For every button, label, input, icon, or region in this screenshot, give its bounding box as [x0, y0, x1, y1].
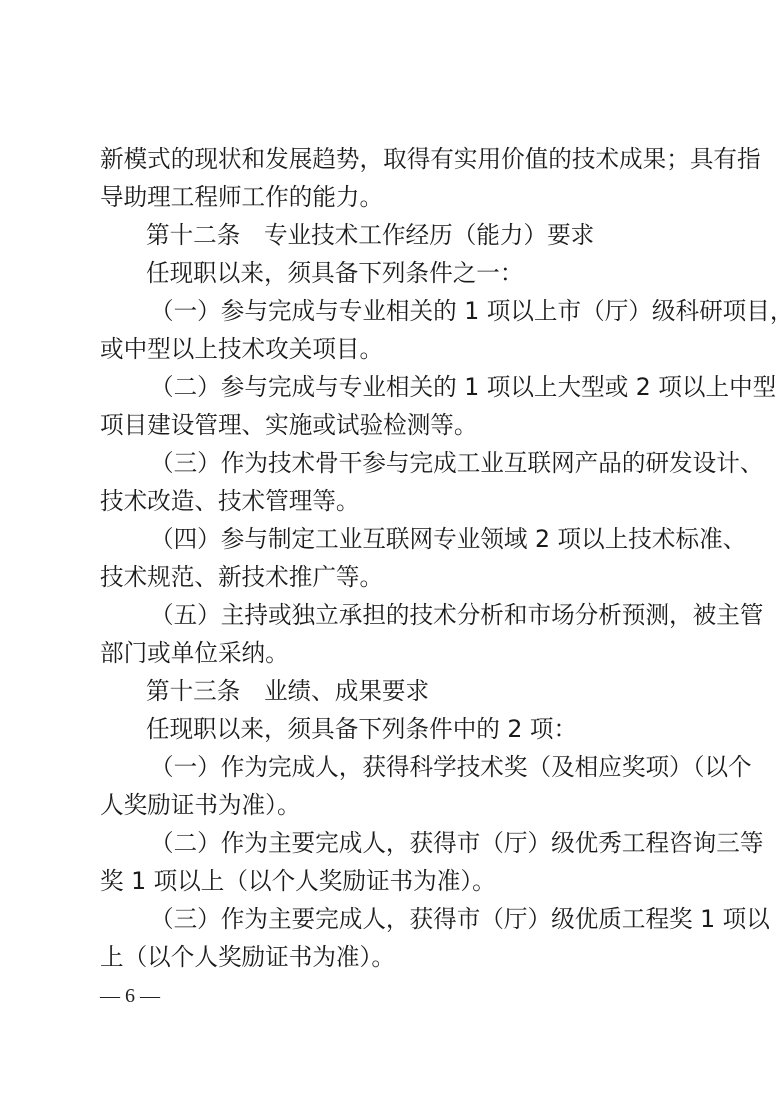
- list-item: （一）参与完成与专业相关的 1 项以上市（厅）级科研项目，: [100, 292, 680, 330]
- text-line: 技术改造、技术管理等。: [100, 482, 680, 520]
- document-body: 新模式的现状和发展趋势，取得有实用价值的技术成果；具有指 导助理工程师工作的能力…: [100, 140, 680, 976]
- text-line: 技术规范、新技术推广等。: [100, 558, 680, 596]
- page-number: — 6 —: [100, 985, 160, 1008]
- text-line: 导助理工程师工作的能力。: [100, 178, 680, 216]
- list-item: （一）作为完成人，获得科学技术奖（及相应奖项）（以个: [100, 748, 680, 786]
- text-line: 项目建设管理、实施或试验检测等。: [100, 406, 680, 444]
- list-item: （四）参与制定工业互联网专业领域 2 项以上技术标准、: [100, 520, 680, 558]
- article-heading-12: 第十二条 专业技术工作经历（能力）要求: [100, 216, 680, 254]
- text-line: 奖 1 项以上（以个人奖励证书为准）。: [100, 862, 680, 900]
- article-heading-13: 第十三条 业绩、成果要求: [100, 672, 680, 710]
- text-line: 上（以个人奖励证书为准）。: [100, 938, 680, 976]
- list-item: （三）作为主要完成人，获得市（厅）级优质工程奖 1 项以: [100, 900, 680, 938]
- list-item: （三）作为技术骨干参与完成工业互联网产品的研发设计、: [100, 444, 680, 482]
- list-item: （二）作为主要完成人，获得市（厅）级优秀工程咨询三等: [100, 824, 680, 862]
- text-line: 部门或单位采纳。: [100, 634, 680, 672]
- text-line: 人奖励证书为准）。: [100, 786, 680, 824]
- text-line: 新模式的现状和发展趋势，取得有实用价值的技术成果；具有指: [100, 140, 680, 178]
- text-line: 或中型以上技术攻关项目。: [100, 330, 680, 368]
- text-line: 任现职以来，须具备下列条件中的 2 项：: [100, 710, 680, 748]
- list-item: （五）主持或独立承担的技术分析和市场分析预测，被主管: [100, 596, 680, 634]
- list-item: （二）参与完成与专业相关的 1 项以上大型或 2 项以上中型: [100, 368, 680, 406]
- text-line: 任现职以来，须具备下列条件之一：: [100, 254, 680, 292]
